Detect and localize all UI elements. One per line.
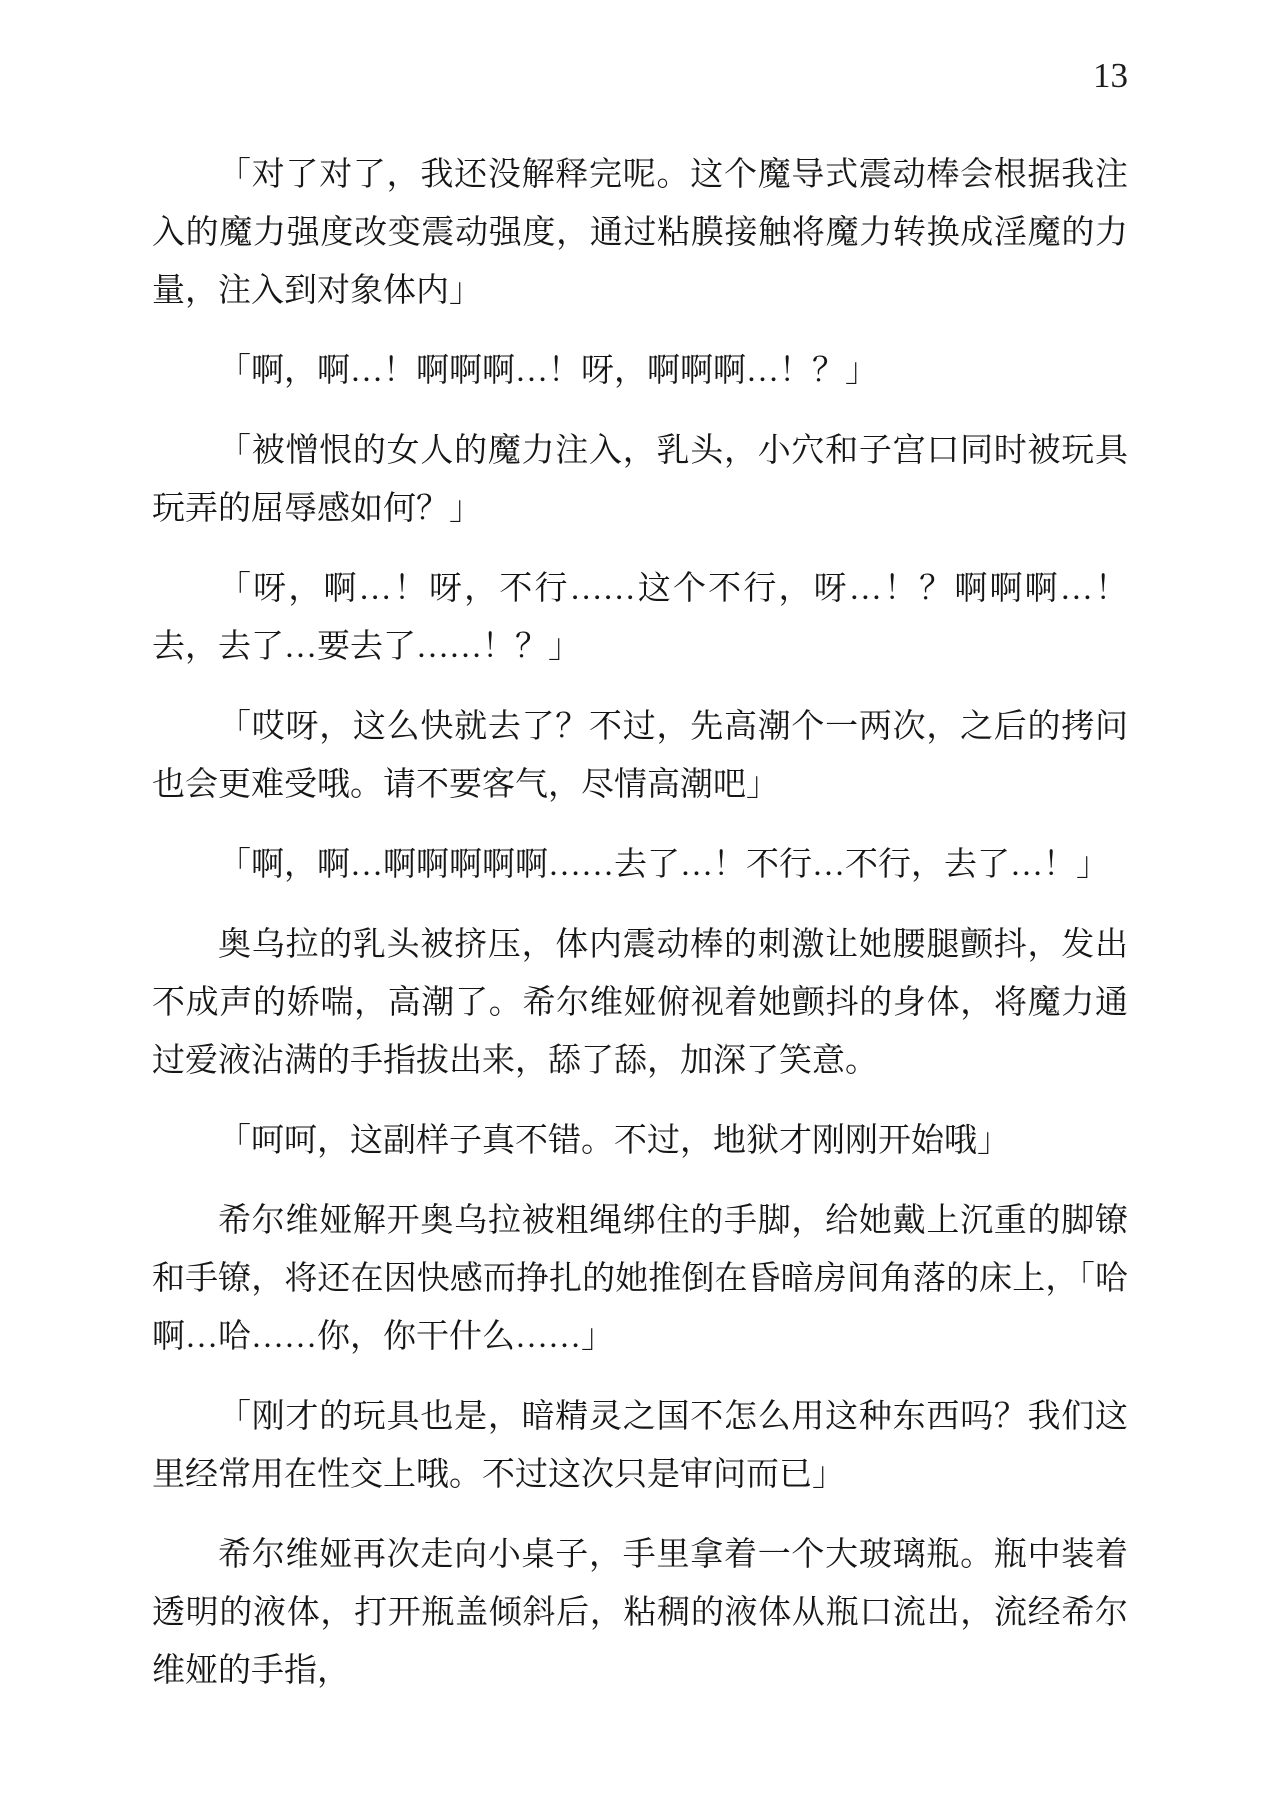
paragraph: 「呵呵，这副样子真不错。不过，地狱才刚刚开始哦」	[152, 1112, 1128, 1170]
paragraph: 「刚才的玩具也是，暗精灵之国不怎么用这种东西吗？我们这里经常用在性交上哦。不过这…	[152, 1388, 1128, 1504]
paragraph: 奥乌拉的乳头被挤压，体内震动棒的刺激让她腰腿颤抖，发出不成声的娇喘，高潮了。希尔…	[152, 916, 1128, 1090]
paragraph: 「呀，啊…！呀，不行……这个不行，呀…！？啊啊啊…！去，去了…要去了……！？」	[152, 560, 1128, 676]
paragraph: 「啊，啊…啊啊啊啊啊……去了…！不行…不行，去了…！」	[152, 836, 1128, 894]
paragraph: 「被憎恨的女人的魔力注入，乳头，小穴和子宫口同时被玩具玩弄的屈辱感如何？」	[152, 422, 1128, 538]
page-number: 13	[1093, 56, 1128, 95]
page-header: 13	[152, 56, 1128, 96]
paragraph: 希尔维娅再次走向小桌子，手里拿着一个大玻璃瓶。瓶中装着透明的液体，打开瓶盖倾斜后…	[152, 1526, 1128, 1700]
paragraph: 「啊，啊…！啊啊啊…！呀，啊啊啊…！？」	[152, 342, 1128, 400]
paragraph: 「哎呀，这么快就去了？不过，先高潮个一两次，之后的拷问也会更难受哦。请不要客气，…	[152, 698, 1128, 814]
paragraph: 希尔维娅解开奥乌拉被粗绳绑住的手脚，给她戴上沉重的脚镣和手镣，将还在因快感而挣扎…	[152, 1192, 1128, 1366]
novel-page: 13 「对了对了，我还没解释完呢。这个魔导式震动棒会根据我注入的魔力强度改变震动…	[0, 0, 1280, 1810]
paragraph: 「对了对了，我还没解释完呢。这个魔导式震动棒会根据我注入的魔力强度改变震动强度，…	[152, 146, 1128, 320]
page-body: 「对了对了，我还没解释完呢。这个魔导式震动棒会根据我注入的魔力强度改变震动强度，…	[152, 146, 1128, 1700]
